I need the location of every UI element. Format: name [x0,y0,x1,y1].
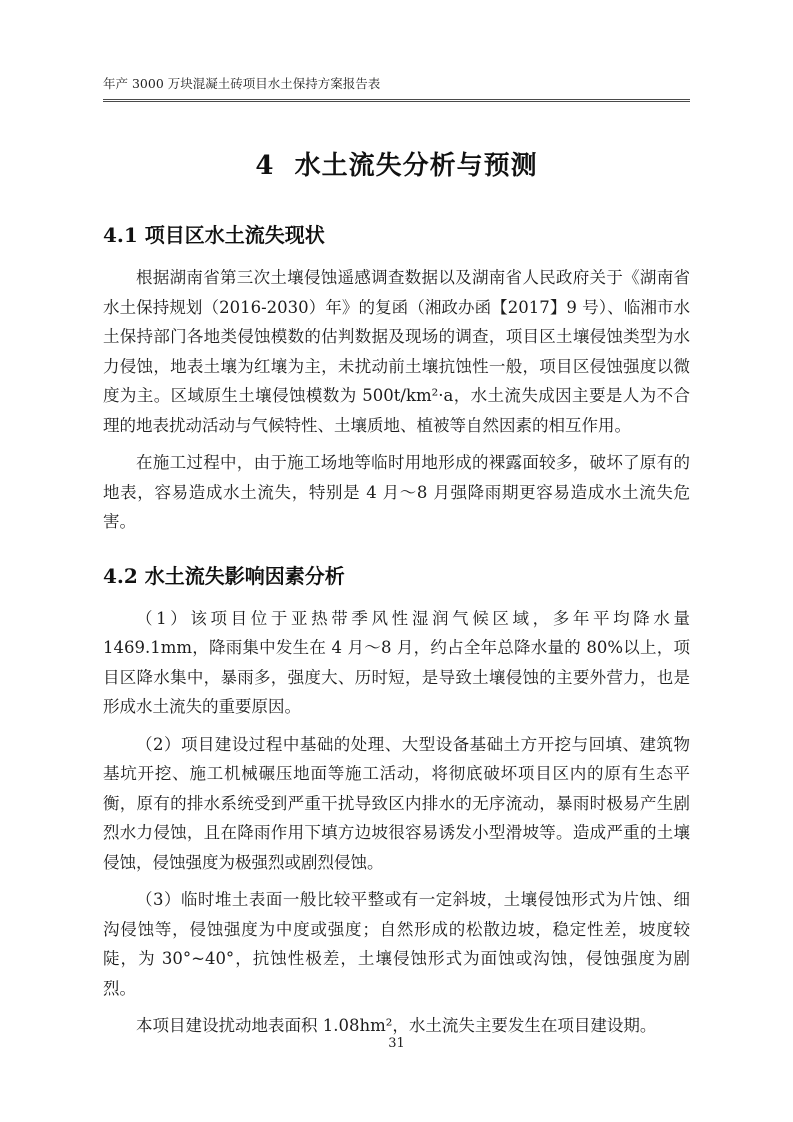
paragraph-current-erosion-status: 根据湖南省第三次土壤侵蚀遥感调查数据以及湖南省人民政府关于《湖南省水土保持规划（… [103,263,690,440]
paragraph-factor-1-climate: （1）该项目位于亚热带季风性湿润气候区域，多年平均降水量 1469.1mm，降雨… [103,604,690,722]
section-4-2-heading: 4.2 水土流失影响因素分析 [103,561,690,591]
paragraph-factor-3-temporary-soil: （3）临时堆土表面一般比较平整或有一定斜坡，土壤侵蚀形式为片蚀、细沟侵蚀等，侵蚀… [103,885,690,1003]
paragraph-construction-exposure: 在施工过程中，由于施工场地等临时用地形成的裸露面较多，破坏了原有的地表，容易造成… [103,448,690,537]
page-header: 年产 3000 万块混凝土砖项目水土保持方案报告表 [103,76,690,102]
page-number: 31 [388,1036,405,1051]
page-footer: 31 [0,1036,793,1051]
document-page: 年产 3000 万块混凝土砖项目水土保持方案报告表 4 水土流失分析与预测 4.… [0,0,793,1122]
paragraph-factor-2-construction: （2）项目建设过程中基础的处理、大型设备基础土方开挖与回填、建筑物基坑开挖、施工… [103,730,690,878]
document-body: 4 水土流失分析与预测 4.1 项目区水土流失现状 根据湖南省第三次土壤侵蚀遥感… [0,146,793,1041]
header-title: 年产 3000 万块混凝土砖项目水土保持方案报告表 [103,76,690,92]
section-4-2: 4.2 水土流失影响因素分析 （1）该项目位于亚热带季风性湿润气候区域，多年平均… [103,561,690,1041]
section-4-1-heading: 4.1 项目区水土流失现状 [103,220,690,250]
chapter-title: 4 水土流失分析与预测 [103,146,690,186]
section-4-1: 4.1 项目区水土流失现状 根据湖南省第三次土壤侵蚀遥感调查数据以及湖南省人民政… [103,220,690,537]
